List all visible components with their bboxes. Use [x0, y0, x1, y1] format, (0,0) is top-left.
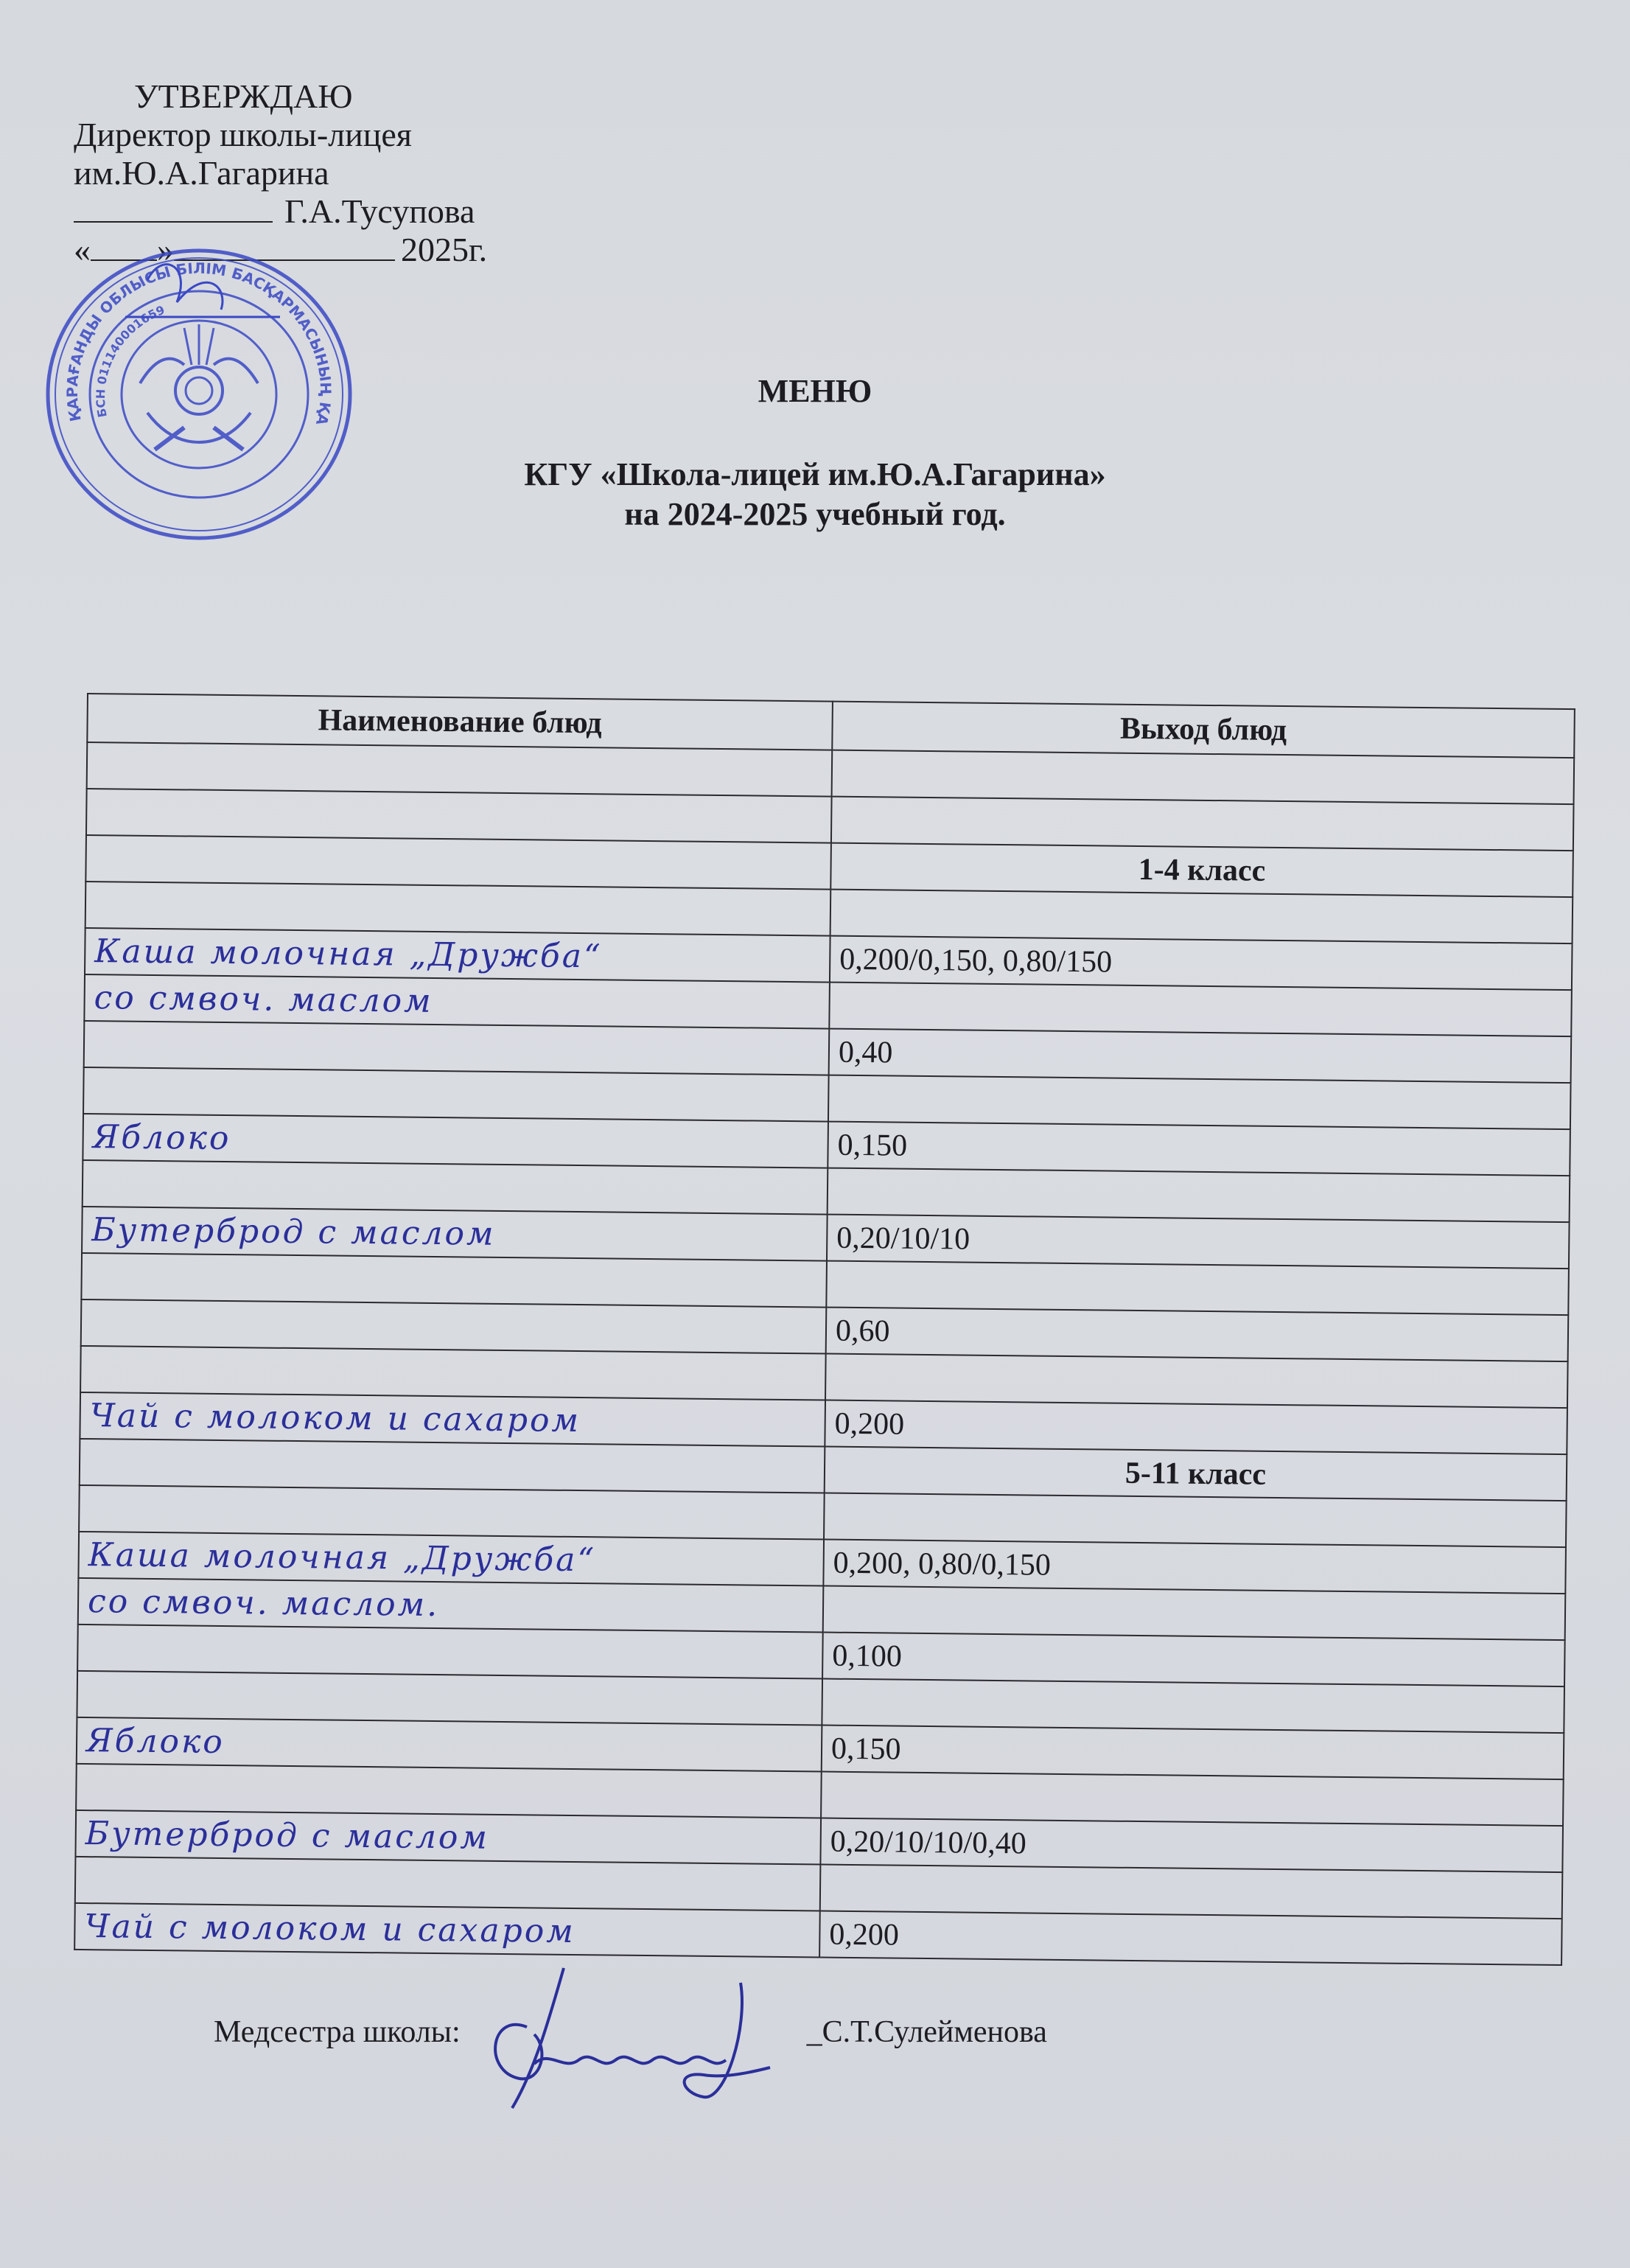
dish-name-cell: Каша молочная „Дружба“: [85, 928, 830, 983]
document-title: МЕНЮ: [0, 372, 1630, 410]
portion-cell: [831, 797, 1574, 851]
approval-school: им.Ю.А.Гагарина: [74, 154, 487, 192]
portion-cell: 0,200: [819, 1911, 1562, 1966]
header-dish-name: Наименование блюд: [87, 694, 833, 750]
director-signature-line: Г.А.Тусупова: [74, 192, 487, 231]
dish-name-cell: [81, 1299, 827, 1354]
dish-name: Чай с молоком и сахаром: [89, 1397, 581, 1440]
approval-heading: УТВЕРЖДАЮ: [74, 77, 487, 116]
header-portion: Выход блюд: [832, 702, 1575, 758]
portion-cell: [822, 1679, 1564, 1734]
dish-name-cell: [75, 1857, 821, 1911]
portion-cell: [832, 750, 1575, 805]
dish-name-cell: [81, 1253, 827, 1308]
portion-cell: 0,200: [825, 1400, 1567, 1455]
dish-name-cell: [79, 1485, 825, 1540]
dish-name-cell: [87, 742, 833, 797]
date-year: 2025г.: [401, 231, 487, 269]
dish-name-cell: [84, 1021, 830, 1075]
portion-cell: [825, 1354, 1568, 1409]
dish-name: Бутерброд с маслом: [91, 1211, 496, 1253]
nurse-signature-block: Медсестра школы: _С.Т.Сулейменова: [214, 2012, 1047, 2050]
dish-name-cell: [80, 1346, 826, 1400]
dish-name-cell: [77, 1625, 823, 1679]
nurse-label: Медсестра школы:: [214, 2014, 461, 2050]
dish-name-cell: Каша молочная „Дружба“: [78, 1532, 824, 1586]
dish-name: Бутерброд с маслом: [85, 1815, 490, 1857]
portion-cell: [828, 1168, 1570, 1223]
dish-name-cell: Бутерброд с маслом: [75, 1810, 821, 1865]
dish-name-cell: Бутерброд с маслом: [82, 1207, 828, 1261]
dish-name-cell: [76, 1764, 822, 1818]
dish-name: со смвоч. маслом: [94, 979, 433, 1020]
dish-name-cell: Яблоко: [77, 1717, 822, 1772]
portion-cell: 0,100: [822, 1633, 1565, 1687]
dish-name-cell: со смвоч. маслом: [84, 974, 830, 1029]
portion-cell: [828, 1075, 1571, 1130]
dish-name: Каша молочная „Дружба“: [88, 1536, 596, 1579]
class-group-label: 5-11 класс: [825, 1447, 1567, 1501]
portion-cell: 0,200, 0,80/0,150: [823, 1540, 1566, 1594]
approval-position: Директор школы-лицея: [74, 116, 487, 154]
portion-cell: 0,200/0,150, 0,80/150: [830, 936, 1573, 991]
portion-cell: [826, 1261, 1569, 1316]
portion-cell: [824, 1493, 1567, 1548]
portion-cell: [821, 1772, 1564, 1826]
dish-name: со смвоч. маслом.: [88, 1583, 440, 1624]
class-group-label: 1-4 класс: [830, 843, 1573, 898]
portion-cell: [820, 1865, 1563, 1919]
portion-cell: [829, 983, 1572, 1037]
dish-name-cell: [83, 1067, 829, 1122]
dish-name-cell: [83, 1160, 828, 1215]
portion-cell: 0,20/10/10/0,40: [820, 1818, 1563, 1873]
dish-name-cell: [86, 789, 832, 843]
portion-cell: 0,20/10/10: [827, 1215, 1570, 1269]
dish-name-cell: [85, 835, 831, 890]
dish-name: Каша молочная „Дружба“: [94, 932, 603, 975]
handwritten-signature-icon: [461, 1924, 807, 2115]
dish-name-cell: Чай с молоком и сахаром: [80, 1392, 825, 1447]
dish-name-cell: со смвоч. маслом.: [78, 1578, 824, 1633]
portion-cell: [830, 890, 1573, 944]
menu-table: Наименование блюд Выход блюд 1-4 классКа…: [74, 693, 1575, 1966]
dish-name-cell: [85, 882, 831, 936]
director-name: Г.А.Тусупова: [284, 192, 475, 231]
dish-name: Яблоко: [92, 1118, 231, 1157]
academic-year: на 2024-2025 учебный год.: [0, 495, 1630, 533]
portion-cell: [823, 1586, 1566, 1641]
dish-name: Яблоко: [86, 1722, 225, 1761]
nurse-signature: [461, 2012, 807, 2042]
portion-cell: 0,40: [829, 1029, 1572, 1084]
organization-name: КГУ «Школа-лицей им.Ю.А.Гагарина»: [0, 456, 1630, 493]
dish-name-cell: [77, 1671, 822, 1726]
portion-cell: 0,150: [822, 1726, 1564, 1780]
portion-cell: 0,150: [828, 1122, 1570, 1176]
dish-name-cell: [80, 1439, 825, 1493]
portion-cell: 0,60: [826, 1308, 1569, 1362]
dish-name-cell: Яблоко: [83, 1114, 828, 1168]
nurse-name: _С.Т.Сулейменова: [807, 2014, 1047, 2050]
signature-blank: [74, 199, 273, 223]
